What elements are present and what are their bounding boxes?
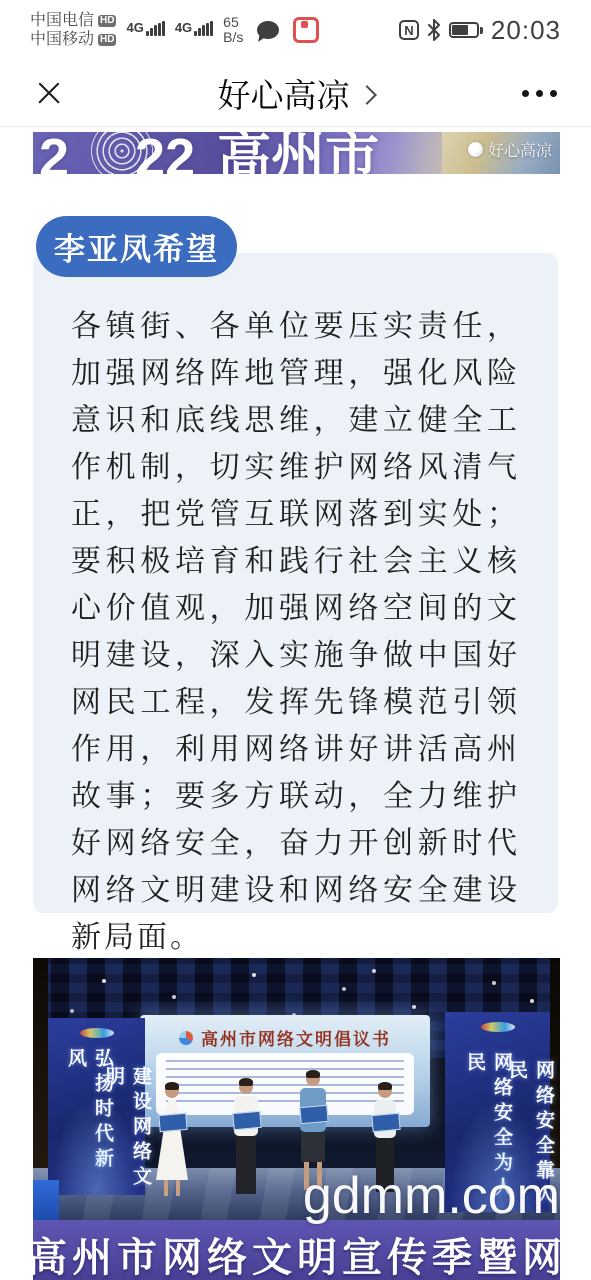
status-right-cluster: N 20:03 bbox=[399, 15, 561, 46]
nav-bar: 好心高凉 bbox=[0, 60, 591, 127]
signal-group-2: 4G bbox=[175, 21, 213, 40]
carrier-2-label: 中国移动 bbox=[30, 31, 94, 48]
chevron-right-icon bbox=[357, 85, 377, 105]
screen-logo-icon bbox=[179, 1031, 193, 1045]
page-title[interactable]: 好心高凉 bbox=[218, 70, 350, 117]
speaker-badge-label: 李亚凤希望 bbox=[54, 224, 219, 269]
network-type-2: 4G bbox=[175, 22, 192, 34]
event-photo[interactable]: 高州市网络文明倡议书 弘扬时代新风 建设网络文明 网络安全为人民 网络安全靠人民 bbox=[33, 958, 560, 1280]
speed-unit: B/s bbox=[223, 30, 243, 45]
screen-record-indicator-icon bbox=[293, 17, 319, 43]
person-figure bbox=[231, 1080, 261, 1226]
banner-headline-fragment: 2 22 高州市 bbox=[39, 132, 379, 174]
screen-body-lines bbox=[166, 1060, 404, 1108]
account-title-row[interactable]: 好心高凉 bbox=[0, 60, 591, 127]
stage-banner-text: 高州市网络文明宣传季暨网络安全 bbox=[33, 1226, 560, 1280]
banner-digit: 2 bbox=[39, 132, 69, 174]
network-type-1: 4G bbox=[126, 22, 143, 34]
signal-group-1: 4G bbox=[126, 21, 164, 40]
battery-icon bbox=[449, 22, 483, 38]
signal-bars-icon-1 bbox=[146, 21, 165, 36]
nfc-icon: N bbox=[399, 20, 419, 40]
message-bubble-icon bbox=[257, 21, 279, 39]
blue-folder bbox=[232, 1111, 261, 1130]
network-speed: 65 B/s bbox=[223, 15, 243, 45]
left-stage-board: 弘扬时代新风 建设网络文明 bbox=[48, 1018, 145, 1195]
clock-time: 20:03 bbox=[491, 15, 561, 46]
speed-value: 65 bbox=[223, 15, 239, 30]
carrier-labels: 中国电信 HD 中国移动 HD bbox=[30, 12, 116, 48]
banner-watermark-text: 好心高凉 bbox=[488, 138, 552, 161]
blue-folder bbox=[158, 1113, 187, 1132]
quote-box: 各镇街、各单位要压实责任，加强网络阵地管理，强化风险意识和底线思维，建立健全工作… bbox=[33, 253, 558, 913]
account-logo-icon bbox=[468, 142, 483, 157]
banner-title-fragment: 高州市 bbox=[217, 132, 379, 174]
article-banner-image[interactable]: 2 22 高州市 好心高凉 bbox=[33, 132, 560, 174]
hd-badge-2: HD bbox=[98, 34, 116, 46]
screen-title: 高州市网络文明倡议书 bbox=[201, 1025, 391, 1050]
blue-folder bbox=[371, 1113, 400, 1132]
status-bar: 中国电信 HD 中国移动 HD 4G 4G 65 B/s bbox=[0, 0, 591, 60]
board-logo-icon bbox=[481, 1022, 515, 1032]
corner-screen-fragment bbox=[33, 1180, 59, 1224]
speaker-badge: 李亚凤希望 bbox=[36, 216, 237, 277]
hd-badge-1: HD bbox=[98, 15, 116, 27]
carrier-1-label: 中国电信 bbox=[30, 12, 94, 29]
fingerprint-icon bbox=[91, 132, 153, 174]
photo-watermark: gdmm.com bbox=[303, 1170, 560, 1222]
person-figure bbox=[155, 1084, 189, 1226]
signal-bars-icon-2 bbox=[194, 21, 213, 36]
wechat-article-page: 中国电信 HD 中国移动 HD 4G 4G 65 B/s bbox=[0, 0, 591, 1280]
bluetooth-icon bbox=[427, 19, 441, 41]
stage-bottom-banner: 高州市网络文明宣传季暨网络安全 bbox=[33, 1220, 560, 1280]
blue-folder bbox=[299, 1105, 328, 1124]
board-logo-icon bbox=[80, 1028, 114, 1038]
banner-watermark: 好心高凉 bbox=[468, 138, 552, 161]
status-left-cluster: 中国电信 HD 中国移动 HD 4G 4G 65 B/s bbox=[30, 12, 319, 48]
quote-text: 各镇街、各单位要压实责任，加强网络阵地管理，强化风险意识和底线思维，建立健全工作… bbox=[71, 303, 520, 961]
left-board-slogan-2: 建设网络文明 bbox=[100, 1066, 154, 1195]
